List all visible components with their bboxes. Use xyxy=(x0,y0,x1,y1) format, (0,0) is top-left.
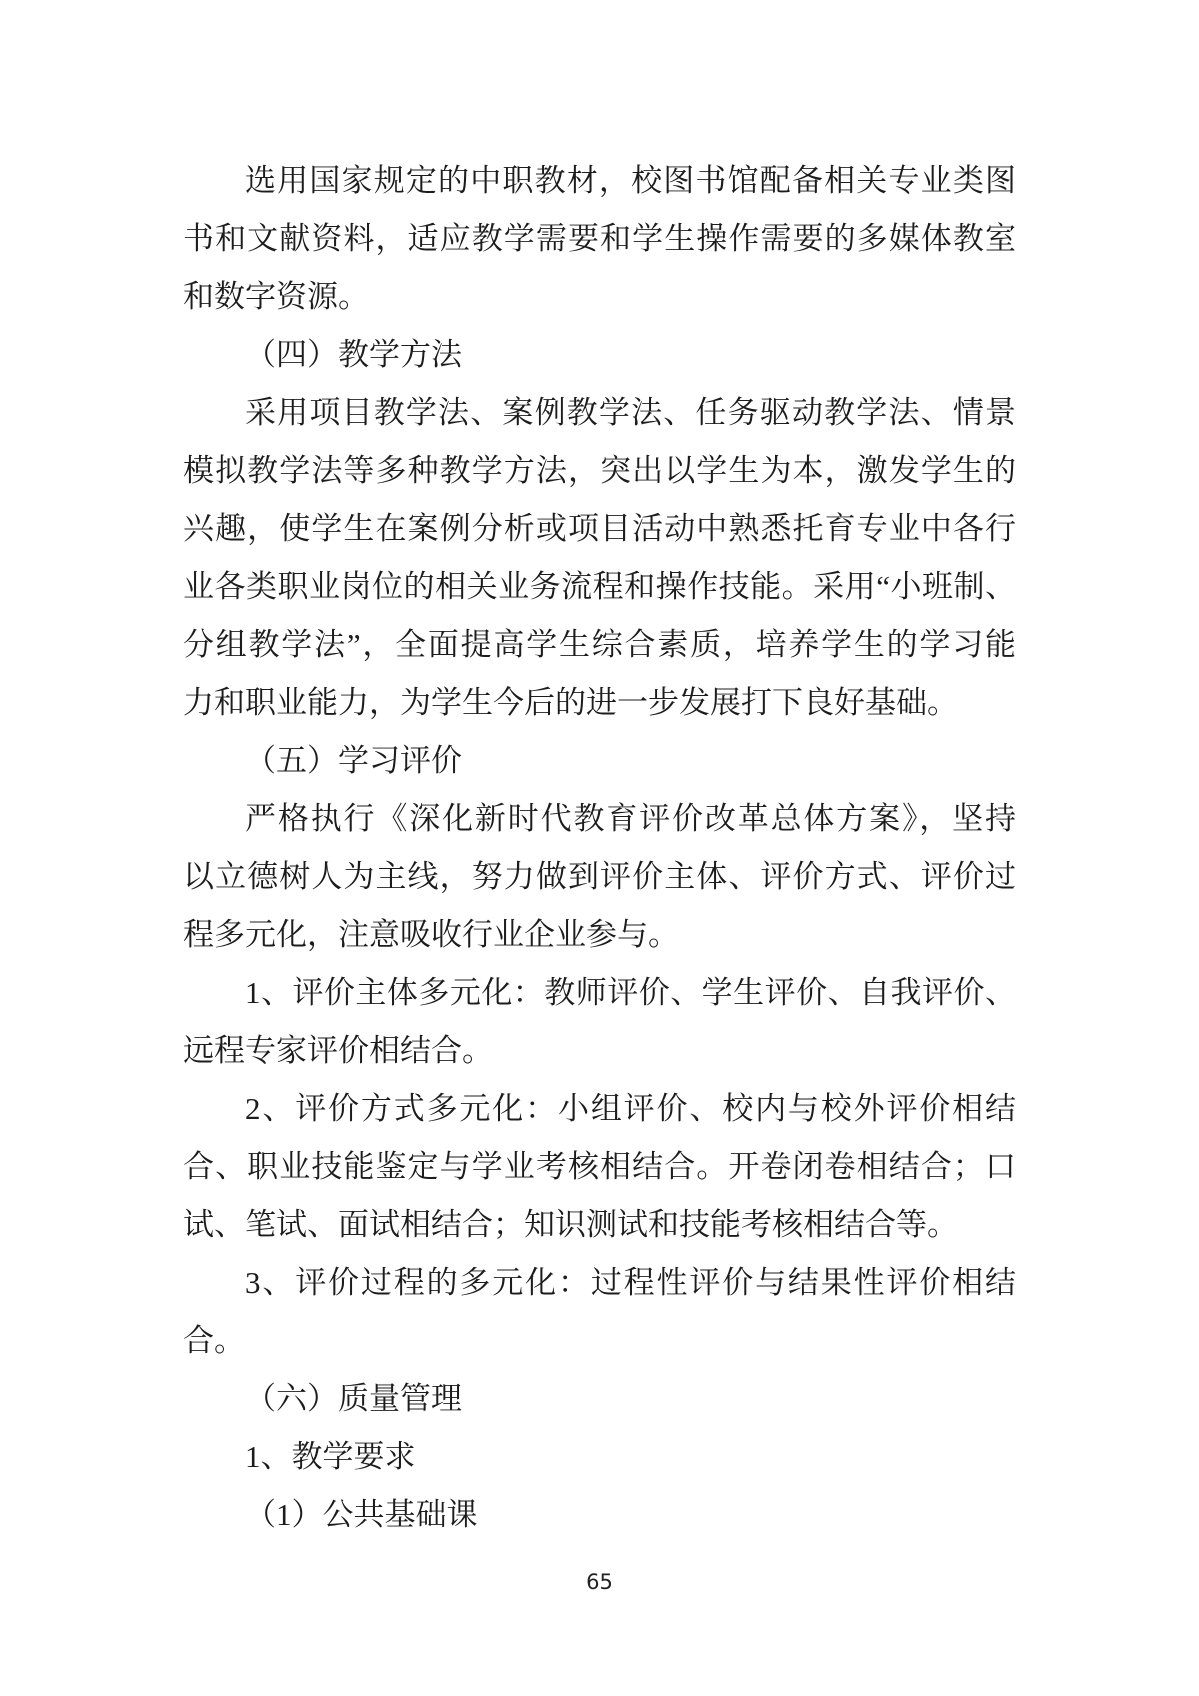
body-text-line: 3、评价过程的多元化：过程性评价与结果性评价相结 xyxy=(183,1254,1016,1312)
body-text-line: 以立德树人为主线，努力做到评价主体、评价方式、评价过 xyxy=(183,848,1016,906)
body-text-line: （1）公共基础课 xyxy=(183,1486,1016,1544)
page-number: 65 xyxy=(0,1568,1199,1596)
body-text-line: 分组教学法”，全面提高学生综合素质，培养学生的学习能 xyxy=(183,616,1016,674)
body-text-line: 书和文献资料，适应教学需要和学生操作需要的多媒体教室 xyxy=(183,210,1016,268)
body-text-line: 和数字资源。 xyxy=(183,268,1016,326)
section-heading-line: （四）教学方法 xyxy=(183,326,1016,384)
body-text-line: 试、笔试、面试相结合；知识测试和技能考核相结合等。 xyxy=(183,1196,1016,1254)
body-text-line: 力和职业能力，为学生今后的进一步发展打下良好基础。 xyxy=(183,674,1016,732)
document-page: 选用国家规定的中职教材，校图书馆配备相关专业类图书和文献资料，适应教学需要和学生… xyxy=(0,0,1199,1696)
body-text-line: 业各类职业岗位的相关业务流程和操作技能。采用“小班制、 xyxy=(183,558,1016,616)
body-text-line: 兴趣，使学生在案例分析或项目活动中熟悉托育专业中各行 xyxy=(183,500,1016,558)
body-text-line: 1、教学要求 xyxy=(183,1428,1016,1486)
body-text-line: 合、职业技能鉴定与学业考核相结合。开卷闭卷相结合；口 xyxy=(183,1138,1016,1196)
body-text-line: 模拟教学法等多种教学方法，突出以学生为本，激发学生的 xyxy=(183,442,1016,500)
body-text-line: 严格执行《深化新时代教育评价改革总体方案》，坚持 xyxy=(183,790,1016,848)
body-text-line: 选用国家规定的中职教材，校图书馆配备相关专业类图 xyxy=(183,152,1016,210)
body-text-line: 远程专家评价相结合。 xyxy=(183,1022,1016,1080)
document-body: 选用国家规定的中职教材，校图书馆配备相关专业类图书和文献资料，适应教学需要和学生… xyxy=(183,152,1016,1544)
section-heading-line: （五）学习评价 xyxy=(183,732,1016,790)
body-text-line: 程多元化，注意吸收行业企业参与。 xyxy=(183,906,1016,964)
body-text-line: 合。 xyxy=(183,1312,1016,1370)
body-text-line: 2、评价方式多元化：小组评价、校内与校外评价相结 xyxy=(183,1080,1016,1138)
body-text-line: 1、评价主体多元化：教师评价、学生评价、自我评价、 xyxy=(183,964,1016,1022)
body-text-line: 采用项目教学法、案例教学法、任务驱动教学法、情景 xyxy=(183,384,1016,442)
section-heading-line: （六）质量管理 xyxy=(183,1370,1016,1428)
